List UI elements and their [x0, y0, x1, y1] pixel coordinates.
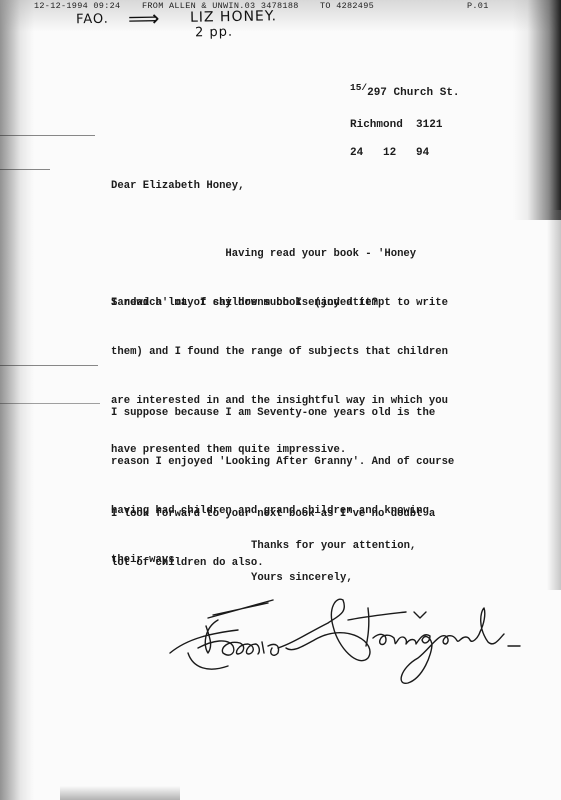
scan-shadow-right-lower [547, 210, 561, 590]
scan-shadow-right [513, 0, 561, 220]
fax-letter-page: 12-12-1994 09:24 FROM ALLEN & UNWIN.03 3… [0, 0, 561, 800]
closing-thanks: Thanks for your attention, [251, 538, 416, 554]
paragraph-line: I suppose because I am Seventy-one years… [111, 405, 454, 421]
scan-line [0, 403, 100, 404]
fax-page-number: P.01 [467, 1, 489, 11]
handwritten-signature [168, 598, 528, 693]
letter-date: 24 12 94 [350, 147, 429, 159]
double-arrow-icon: ⟹ [128, 7, 160, 33]
address-street-text: 297 Church St. [367, 87, 459, 99]
address-street: 15/297 Church St. [350, 87, 460, 99]
paragraph-line: them) and I found the range of subjects … [111, 344, 448, 360]
closing-signoff: Yours sincerely, [251, 570, 353, 586]
scan-line [0, 365, 98, 366]
paragraph-line: reason I enjoyed 'Looking After Granny'.… [111, 454, 454, 470]
paragraph-line: I read a lot of childrens books (and att… [111, 295, 448, 311]
scan-line [0, 135, 95, 136]
salutation: Dear Elizabeth Honey, [111, 178, 245, 194]
scan-shadow-left [0, 0, 34, 800]
scan-line [0, 169, 50, 170]
address-unit: 15/ [350, 82, 367, 93]
paragraph-line: Having read your book - 'Honey [111, 246, 416, 262]
handwritten-fao: FAO. [76, 12, 109, 28]
fax-timestamp: 12-12-1994 09:24 [34, 1, 120, 11]
handwritten-page-count: 2 pp. [195, 25, 233, 41]
address-suburb: Richmond 3121 [350, 119, 442, 131]
paragraph-line: I look forward to your next book as I've… [111, 506, 435, 522]
scan-shadow-bottom [60, 786, 180, 800]
handwritten-recipient: LIZ HONEY. [190, 8, 277, 26]
fax-to: TO 4282495 [320, 1, 374, 11]
paragraph-line: lot of children do also. [111, 555, 435, 571]
